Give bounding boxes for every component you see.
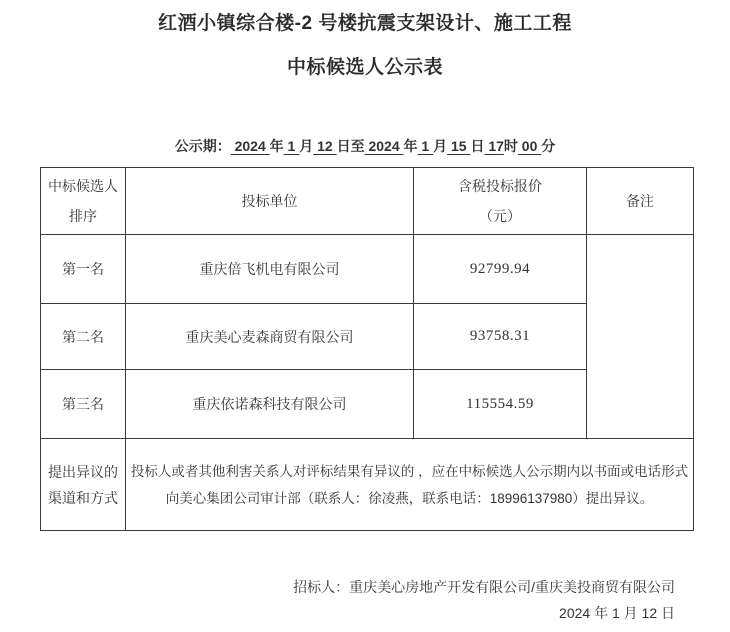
period-segment: 00 — [518, 138, 541, 154]
footer-date: 2024 年 1 月 12 日 — [559, 603, 675, 623]
col-header-price-line2: （元） — [414, 201, 586, 231]
col-header-rank-line1: 中标候选人 — [41, 171, 125, 201]
objection-label-line2: 渠道和方式 — [41, 485, 125, 511]
period-segment: 2024 — [365, 138, 404, 154]
price-cell: 115554.59 — [414, 370, 587, 439]
objection-row: 提出异议的 渠道和方式 投标人或者其他利害关系人对评标结果有异议的 ，应在中标候… — [41, 439, 694, 531]
rank-cell: 第二名 — [41, 304, 126, 370]
period-segment: 分 — [541, 138, 555, 154]
rank-cell: 第一名 — [41, 235, 126, 304]
notice-page: 红酒小镇综合楼-2 号楼抗震支架设计、施工工程 中标候选人公示表 公示期： 20… — [0, 0, 730, 632]
page-title-line1: 红酒小镇综合楼-2 号楼抗震支架设计、施工工程 — [0, 8, 730, 35]
period-segment: 1 — [284, 138, 300, 154]
period-segment: 月 — [433, 138, 447, 154]
publicity-period: 公示期： 2024 年 1 月 12 日至 2024 年 1 月 15 日 17… — [0, 136, 730, 156]
col-header-remark: 备注 — [587, 168, 694, 235]
period-segment: 17 — [484, 138, 503, 154]
page-title-line2: 中标候选人公示表 — [0, 52, 730, 79]
bid-candidates-table: 中标候选人 排序 投标单位 含税投标报价 （元） 备注 第一名 重庆倍飞机电有限… — [40, 167, 694, 531]
bidder-cell: 重庆美心麦森商贸有限公司 — [126, 304, 414, 370]
period-segment: 15 — [447, 138, 470, 154]
col-header-rank-line2: 排序 — [41, 201, 125, 231]
period-segment: 日至 — [337, 138, 365, 154]
col-header-bidder: 投标单位 — [126, 168, 414, 235]
period-segment: 1 — [418, 138, 434, 154]
price-cell: 93758.31 — [414, 304, 587, 370]
period-segment: 年 — [270, 138, 284, 154]
objection-label-line1: 提出异议的 — [41, 459, 125, 485]
rank-cell: 第三名 — [41, 370, 126, 439]
col-header-price-line1: 含税投标报价 — [414, 171, 586, 201]
period-segment: 年 — [404, 138, 418, 154]
bidder-cell: 重庆倍飞机电有限公司 — [126, 235, 414, 304]
objection-text-cell: 投标人或者其他利害关系人对评标结果有异议的 ，应在中标候选人公示期内以书面或电话… — [126, 439, 694, 531]
bidder-cell: 重庆依诺森科技有限公司 — [126, 370, 414, 439]
period-segment: 月 — [299, 138, 313, 154]
table-header-row: 中标候选人 排序 投标单位 含税投标报价 （元） 备注 — [41, 168, 694, 235]
period-label: 公示期： — [175, 138, 231, 154]
period-segment: 日 — [470, 138, 484, 154]
period-segment: 2024 — [231, 138, 270, 154]
period-segment: 时 — [504, 138, 518, 154]
col-header-rank: 中标候选人 排序 — [41, 168, 126, 235]
objection-label-cell: 提出异议的 渠道和方式 — [41, 439, 126, 531]
table-row: 第一名 重庆倍飞机电有限公司 92799.94 — [41, 235, 694, 304]
period-segment: 12 — [313, 138, 336, 154]
footer-tenderer: 招标人：重庆美心房地产开发有限公司/重庆美投商贸有限公司 — [293, 577, 675, 597]
col-header-price: 含税投标报价 （元） — [414, 168, 587, 235]
price-cell: 92799.94 — [414, 235, 587, 304]
remark-cell — [587, 235, 694, 439]
